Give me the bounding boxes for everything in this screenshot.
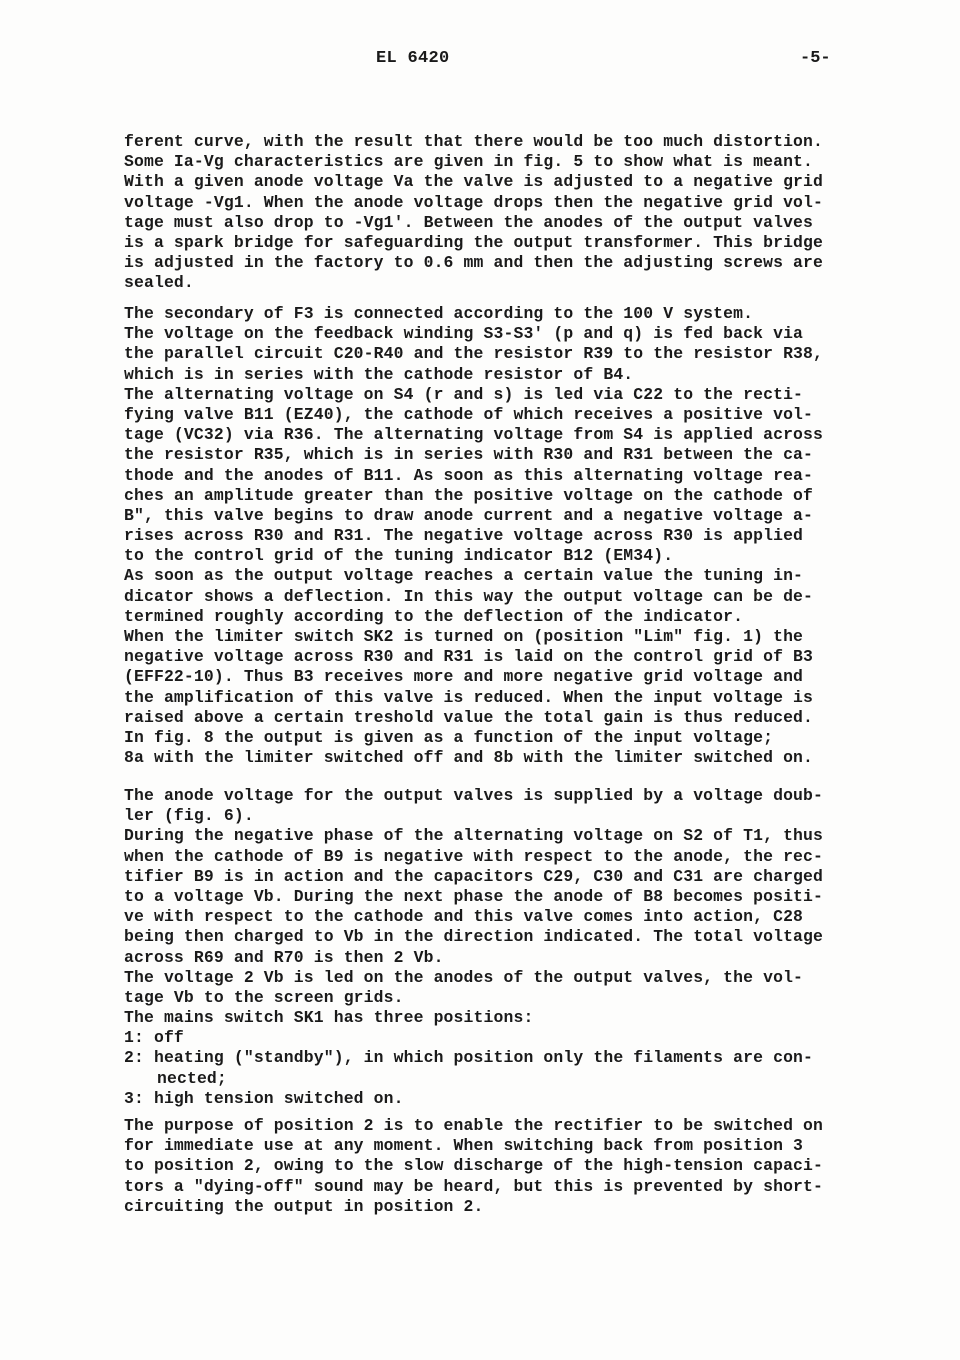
text-line: The mains switch SK1 has three positions… [124, 1008, 864, 1028]
text-line: In fig. 8 the output is given as a funct… [124, 728, 864, 748]
list-item-position-3: 3: high tension switched on. [124, 1089, 864, 1109]
text-line: negative voltage across R30 and R31 is l… [124, 647, 864, 667]
paragraph-voltage-doubler: The anode voltage for the output valves … [124, 786, 864, 1109]
text-line: The alternating voltage on S4 (r and s) … [124, 385, 864, 405]
text-line: fying valve B11 (EZ40), the cathode of w… [124, 405, 864, 425]
text-line: When the limiter switch SK2 is turned on… [124, 627, 864, 647]
text-line: the resistor R35, which is in series wit… [124, 445, 864, 465]
list-item-position-2-continuation: nected; [124, 1069, 864, 1089]
text-line: for immediate use at any moment. When sw… [124, 1136, 864, 1156]
paragraph-distortion-spark-bridge: ferent curve, with the result that there… [124, 132, 864, 294]
text-line: to a voltage Vb. During the next phase t… [124, 887, 864, 907]
text-line: ches an amplitude greater than the posit… [124, 486, 864, 506]
text-line: across R69 and R70 is then 2 Vb. [124, 948, 864, 968]
text-line: As soon as the output voltage reaches a … [124, 566, 864, 586]
document-page: EL 6420 -5- ferent curve, with the resul… [0, 0, 960, 1360]
text-line: tage must also drop to -Vg1'. Between th… [124, 213, 864, 233]
list-item-position-1: 1: off [124, 1028, 864, 1048]
text-line: is a spark bridge for safeguarding the o… [124, 233, 864, 253]
text-line: The voltage 2 Vb is led on the anodes of… [124, 968, 864, 988]
text-line: thode and the anodes of B11. As soon as … [124, 466, 864, 486]
text-line: tage Vb to the screen grids. [124, 988, 864, 1008]
page-number: -5- [800, 49, 831, 68]
text-line: to the control grid of the tuning indica… [124, 546, 864, 566]
text-line: Some Ia-Vg characteristics are given in … [124, 152, 864, 172]
text-line: During the negative phase of the alterna… [124, 826, 864, 846]
text-line: tage (VC32) via R36. The alternating vol… [124, 425, 864, 445]
text-line: tifier B9 is in action and the capacitor… [124, 867, 864, 887]
text-line: the parallel circuit C20-R40 and the res… [124, 344, 864, 364]
text-line: voltage -Vg1. When the anode voltage dro… [124, 193, 864, 213]
text-line: termined roughly according to the deflec… [124, 607, 864, 627]
text-line: the amplification of this valve is reduc… [124, 688, 864, 708]
switch-positions-list: 1: off 2: heating ("standby"), in which … [124, 1028, 864, 1109]
text-line: being then charged to Vb in the directio… [124, 927, 864, 947]
text-line: sealed. [124, 273, 864, 293]
text-line: dicator shows a deflection. In this way … [124, 587, 864, 607]
text-line: The purpose of position 2 is to enable t… [124, 1116, 864, 1136]
text-line: tors a "dying-off" sound may be heard, b… [124, 1177, 864, 1197]
text-line: The voltage on the feedback winding S3-S… [124, 324, 864, 344]
text-line: raised above a certain treshold value th… [124, 708, 864, 728]
text-line: 8a with the limiter switched off and 8b … [124, 748, 864, 768]
text-line: ferent curve, with the result that there… [124, 132, 864, 152]
text-line: when the cathode of B9 is negative with … [124, 847, 864, 867]
text-line: The secondary of F3 is connected accordi… [124, 304, 864, 324]
text-line: ler (fig. 6). [124, 806, 864, 826]
text-line: B", this valve begins to draw anode curr… [124, 506, 864, 526]
text-line: is adjusted in the factory to 0.6 mm and… [124, 253, 864, 273]
text-line: to position 2, owing to the slow dischar… [124, 1156, 864, 1176]
text-line: which is in series with the cathode resi… [124, 365, 864, 385]
paragraph-position-2-purpose: The purpose of position 2 is to enable t… [124, 1116, 864, 1217]
text-line: circuiting the output in position 2. [124, 1197, 864, 1217]
text-line: With a given anode voltage Va the valve … [124, 172, 864, 192]
text-line: (EFF22-10). Thus B3 receives more and mo… [124, 667, 864, 687]
text-line: rises across R30 and R31. The negative v… [124, 526, 864, 546]
text-line: ve with respect to the cathode and this … [124, 907, 864, 927]
document-reference: EL 6420 [376, 49, 450, 68]
text-line: The anode voltage for the output valves … [124, 786, 864, 806]
paragraph-feedback-limiter: The secondary of F3 is connected accordi… [124, 304, 864, 768]
list-item-position-2: 2: heating ("standby"), in which positio… [124, 1048, 864, 1068]
